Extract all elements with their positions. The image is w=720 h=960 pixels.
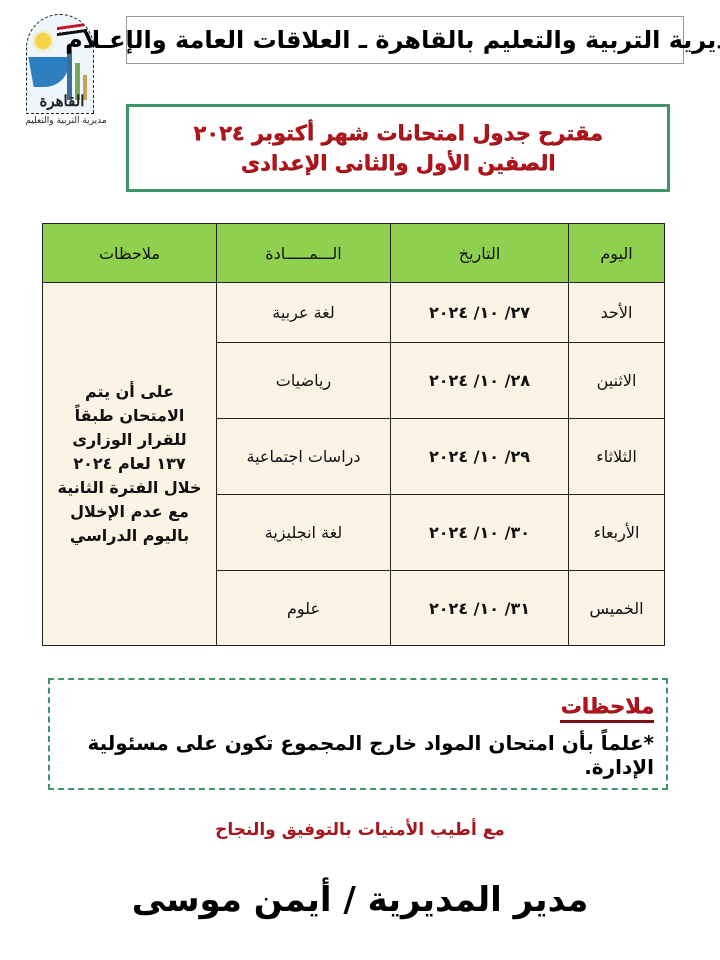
notes-line: باليوم الدراسي bbox=[51, 524, 208, 548]
notes-line: مع عدم الإخلال bbox=[51, 500, 208, 524]
header-notes: ملاحظات bbox=[43, 224, 217, 283]
date-cell: ٢٩/ ١٠/ ٢٠٢٤ bbox=[391, 419, 569, 495]
date-cell: ٢٨/ ١٠/ ٢٠٢٤ bbox=[391, 343, 569, 419]
notes-text: *علماً بأن امتحان المواد خارج المجموع تك… bbox=[62, 731, 654, 779]
day-cell: الأحد bbox=[569, 283, 665, 343]
day-cell: الأربعاء bbox=[569, 495, 665, 571]
header-subject: الـــمـــــادة bbox=[217, 224, 391, 283]
day-cell: الثلاثاء bbox=[569, 419, 665, 495]
wishes-line: مع أطيب الأمنيات بالتوفيق والنجاح bbox=[0, 820, 720, 840]
exam-schedule-table: اليوم التاريخ الـــمـــــادة ملاحظات الأ… bbox=[42, 223, 665, 646]
notes-line: الامتحان طبقاً bbox=[51, 404, 208, 428]
title-line-1: مقترح جدول امتحانات شهر أكتوبر ٢٠٢٤ bbox=[193, 118, 603, 148]
notes-heading: ملاحظات bbox=[560, 694, 654, 723]
header-day: اليوم bbox=[569, 224, 665, 283]
title-line-2: الصفين الأول والثانى الإعدادى bbox=[241, 148, 556, 178]
date-cell: ٢٧/ ١٠/ ٢٠٢٤ bbox=[391, 283, 569, 343]
notes-cell: على أن يتم الامتحان طبقاً للقرار الوزارى… bbox=[43, 283, 217, 646]
subject-cell: علوم bbox=[217, 571, 391, 646]
signature: مدير المديرية / أيمن موسى bbox=[0, 880, 720, 920]
header-banner: مديرية التربية والتعليم بالقاهرة ـ العلا… bbox=[126, 16, 684, 64]
notes-line: للقرار الوزارى bbox=[51, 428, 208, 452]
header-date: التاريخ bbox=[391, 224, 569, 283]
date-cell: ٣١/ ١٠/ ٢٠٢٤ bbox=[391, 571, 569, 646]
notes-line: على أن يتم bbox=[51, 380, 208, 404]
title-box: مقترح جدول امتحانات شهر أكتوبر ٢٠٢٤ الصف… bbox=[126, 104, 670, 192]
notes-line: ١٣٧ لعام ٢٠٢٤ bbox=[51, 452, 208, 476]
day-cell: الخميس bbox=[569, 571, 665, 646]
subject-cell: رياضيات bbox=[217, 343, 391, 419]
subject-cell: لغة انجليزية bbox=[217, 495, 391, 571]
day-cell: الاثنين bbox=[569, 343, 665, 419]
subject-cell: دراسات اجتماعية bbox=[217, 419, 391, 495]
date-cell: ٣٠/ ١٠/ ٢٠٢٤ bbox=[391, 495, 569, 571]
sun-icon bbox=[35, 33, 51, 49]
logo-title: القاهرة bbox=[32, 92, 92, 110]
notes-line: خلال الفترة الثانية bbox=[51, 476, 208, 500]
notes-box: ملاحظات *علماً بأن امتحان المواد خارج ال… bbox=[48, 678, 668, 790]
subject-cell: لغة عربية bbox=[217, 283, 391, 343]
table-row: الأحد ٢٧/ ١٠/ ٢٠٢٤ لغة عربية على أن يتم … bbox=[43, 283, 665, 343]
logo-subtitle: مديرية التربية والتعليم bbox=[12, 116, 120, 126]
table-header-row: اليوم التاريخ الـــمـــــادة ملاحظات bbox=[43, 224, 665, 283]
